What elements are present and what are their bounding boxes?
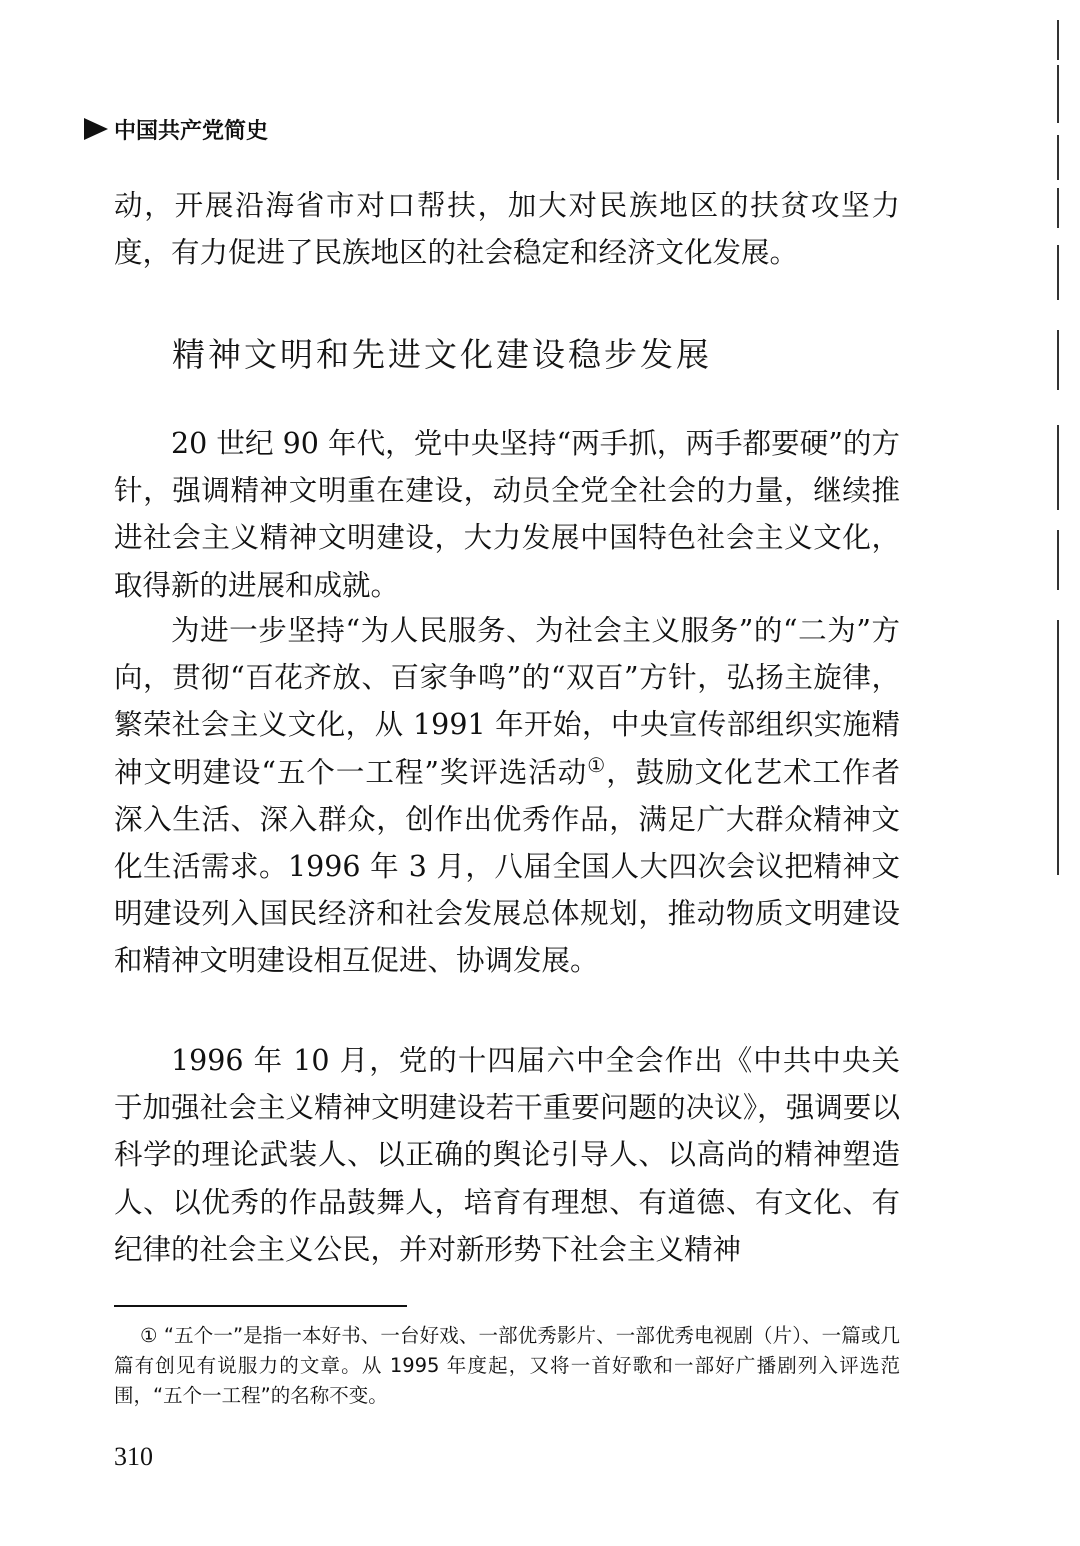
footnote-text: “五个一”是指一本好书、一台好戏、一部优秀影片、一部优秀电视剧（片）、一篇或几篇…	[114, 1324, 900, 1407]
paragraph-3: 1996 年 10 月，党的十四届六中全会作出《中共中央关于加强社会主义精神文明…	[114, 1037, 900, 1273]
footnote-marker: ①	[140, 1324, 158, 1347]
footnote: ① “五个一”是指一本好书、一台好戏、一部优秀影片、一部优秀电视剧（片）、一篇或…	[114, 1321, 900, 1411]
footnote-divider	[114, 1305, 407, 1307]
binding-edge-line	[1057, 65, 1059, 123]
section-heading: 精神文明和先进文化建设稳步发展	[172, 330, 712, 380]
binding-edge-line	[1057, 330, 1059, 390]
binding-edge-line	[1057, 135, 1059, 180]
binding-edge-line	[1057, 620, 1059, 875]
continued-paragraph: 动，开展沿海省市对口帮扶，加大对民族地区的扶贫攻坚力度，有力促进了民族地区的社会…	[114, 183, 900, 276]
binding-edge-line	[1057, 188, 1059, 228]
binding-edge-line	[1057, 20, 1059, 60]
paragraph-1: 20 世纪 90 年代，党中央坚持“两手抓，两手都要硬”的方针，强调精神文明重在…	[114, 420, 900, 609]
running-header: 中国共产党简史	[84, 114, 268, 144]
paragraph-2: 为进一步坚持“为人民服务、为社会主义服务”的“二为”方向，贯彻“百花齐放、百家争…	[114, 607, 900, 985]
page-number: 310	[114, 1442, 153, 1472]
binding-edge-line	[1057, 530, 1059, 590]
footnote-reference[interactable]: ①	[587, 753, 606, 777]
binding-edge-line	[1057, 425, 1059, 510]
triangle-right-icon	[84, 118, 108, 140]
binding-edge-line	[1057, 245, 1059, 300]
book-title: 中国共产党简史	[114, 114, 268, 145]
